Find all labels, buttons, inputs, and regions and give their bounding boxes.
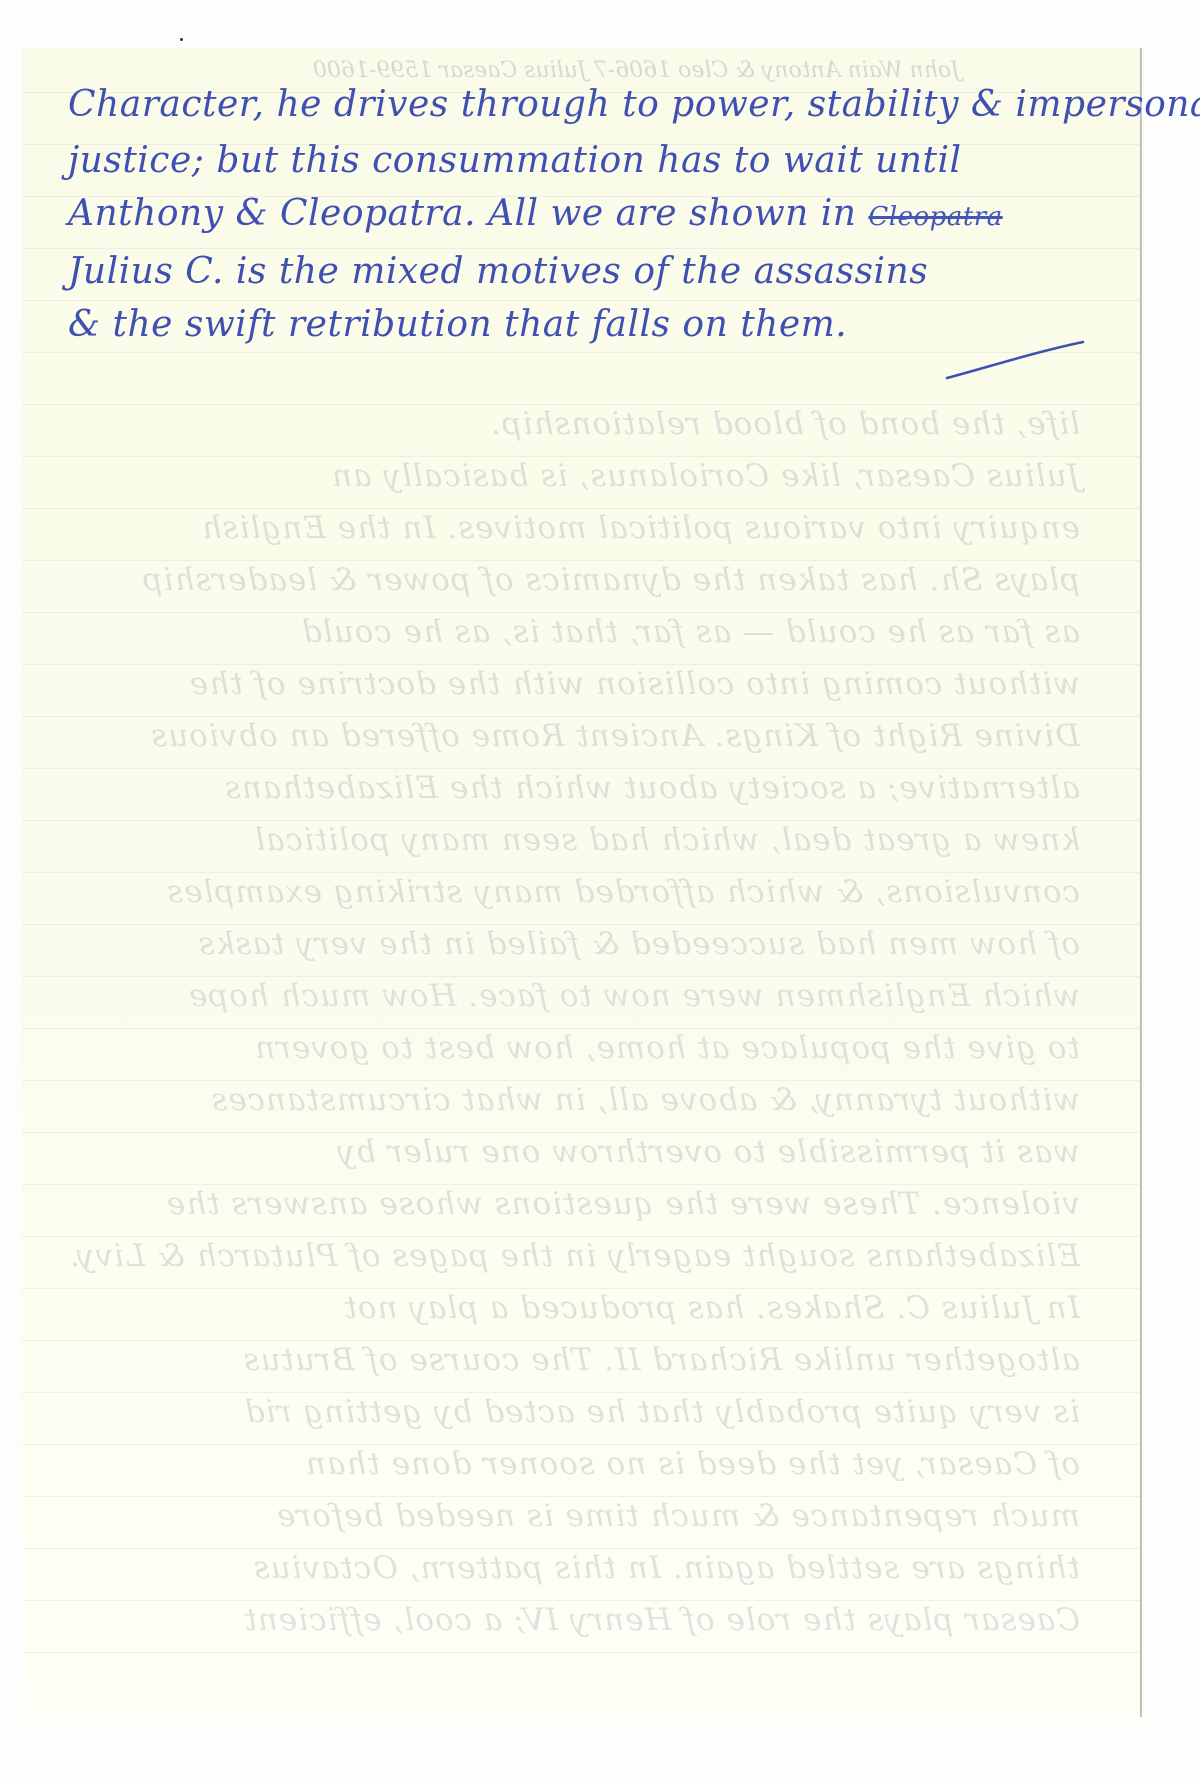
ruled-line (22, 508, 1140, 509)
bleed-through-line: of how men had succeeded & failed in the… (22, 926, 1140, 962)
bleed-through-line: life, the bond of blood relationship. (22, 406, 1140, 442)
scanned-page: John Wain Antony & Cleo 1606-7 Julius Ca… (0, 0, 1200, 1781)
bleed-through-line: enquiry into various political motives. … (22, 510, 1140, 546)
bleed-through-line: much repentance & much time is needed be… (22, 1498, 1140, 1534)
handwritten-text: Anthony & Cleopatra. All we are shown in (68, 193, 856, 234)
bleed-through-line: convulsions, & which afforded many strik… (22, 874, 1140, 910)
end-flourish-stroke (945, 340, 1085, 380)
ruled-line (22, 1184, 1140, 1185)
bleed-through-line: plays Sh. has taken the dynamics of powe… (22, 562, 1140, 598)
ruled-line (22, 1288, 1140, 1289)
ruled-line (22, 924, 1140, 925)
ruled-line (22, 820, 1140, 821)
struck-out-word: Cleopatra (868, 202, 1002, 232)
ruled-line (22, 1548, 1140, 1549)
bleed-through-line: without tyranny, & above all, in what ci… (22, 1082, 1140, 1118)
bleed-through-line: Julius Caesar, like Coriolanus, is basic… (22, 458, 1140, 494)
handwritten-line: Anthony & Cleopatra. All we are shown in… (68, 193, 1003, 234)
ruled-line (22, 456, 1140, 457)
handwritten-line: justice; but this consummation has to wa… (68, 140, 961, 181)
bleed-through-line: Caesar plays the role of Henry IV; a coo… (22, 1602, 1140, 1638)
bleed-through-line: In Julius C. Shakes. has produced a play… (22, 1290, 1140, 1326)
bleed-through-line: of Caesar, yet the deed is no sooner don… (22, 1446, 1140, 1482)
ruled-line (22, 1132, 1140, 1133)
bleed-through-line: without coming into collision with the d… (22, 666, 1140, 702)
manuscript-sheet: John Wain Antony & Cleo 1606-7 Julius Ca… (22, 48, 1141, 1717)
ruled-line (22, 1080, 1140, 1081)
handwritten-line: Character, he drives through to power, s… (68, 84, 1200, 125)
bleed-through-line: Divine Right of Kings. Ancient Rome offe… (22, 718, 1140, 754)
ruled-line (22, 716, 1140, 717)
handwritten-line: Julius C. is the mixed motives of the as… (68, 251, 928, 292)
ruled-line (22, 1600, 1140, 1601)
bleed-through-line: as far as he could — as far, that is, as… (22, 614, 1140, 650)
ruled-line (22, 872, 1140, 873)
bleed-through-line: altogether unlike Richard II. The course… (22, 1342, 1140, 1378)
ruled-line (22, 300, 1140, 301)
bleed-through-line: things are settled again. In this patter… (22, 1550, 1140, 1586)
bleed-through-line: which Englishmen were now to face. How m… (22, 978, 1140, 1014)
ruled-line (22, 560, 1140, 561)
dust-speck (180, 38, 183, 41)
ruled-line (22, 976, 1140, 977)
handwritten-line: & the swift retribution that falls on th… (68, 304, 847, 345)
ruled-line (22, 612, 1140, 613)
ruled-line (22, 1028, 1140, 1029)
ruled-line (22, 1652, 1140, 1653)
ruled-line (22, 1496, 1140, 1497)
ruled-line (22, 404, 1140, 405)
ruled-line (22, 1236, 1140, 1237)
bleed-through-line: violence. These were the questions whose… (22, 1186, 1140, 1222)
bleed-through-line: Elizabethans sought eagerly in the pages… (22, 1238, 1140, 1274)
bleed-through-header: John Wain Antony & Cleo 1606-7 Julius Ca… (22, 58, 1140, 83)
ruled-line (22, 1392, 1140, 1393)
ruled-line (22, 768, 1140, 769)
bleed-through-line: was it permissible to overthrow one rule… (22, 1134, 1140, 1170)
ruled-line (22, 1340, 1140, 1341)
ruled-line (22, 664, 1140, 665)
bleed-through-line: is very quite probably that he acted by … (22, 1394, 1140, 1430)
ruled-line (22, 248, 1140, 249)
bleed-through-line: to give the populace at home, how best t… (22, 1030, 1140, 1066)
bleed-through-line: knew a great deal, which had seen many p… (22, 822, 1140, 858)
bleed-through-line: alternative; a society about which the E… (22, 770, 1140, 806)
ruled-line (22, 1444, 1140, 1445)
